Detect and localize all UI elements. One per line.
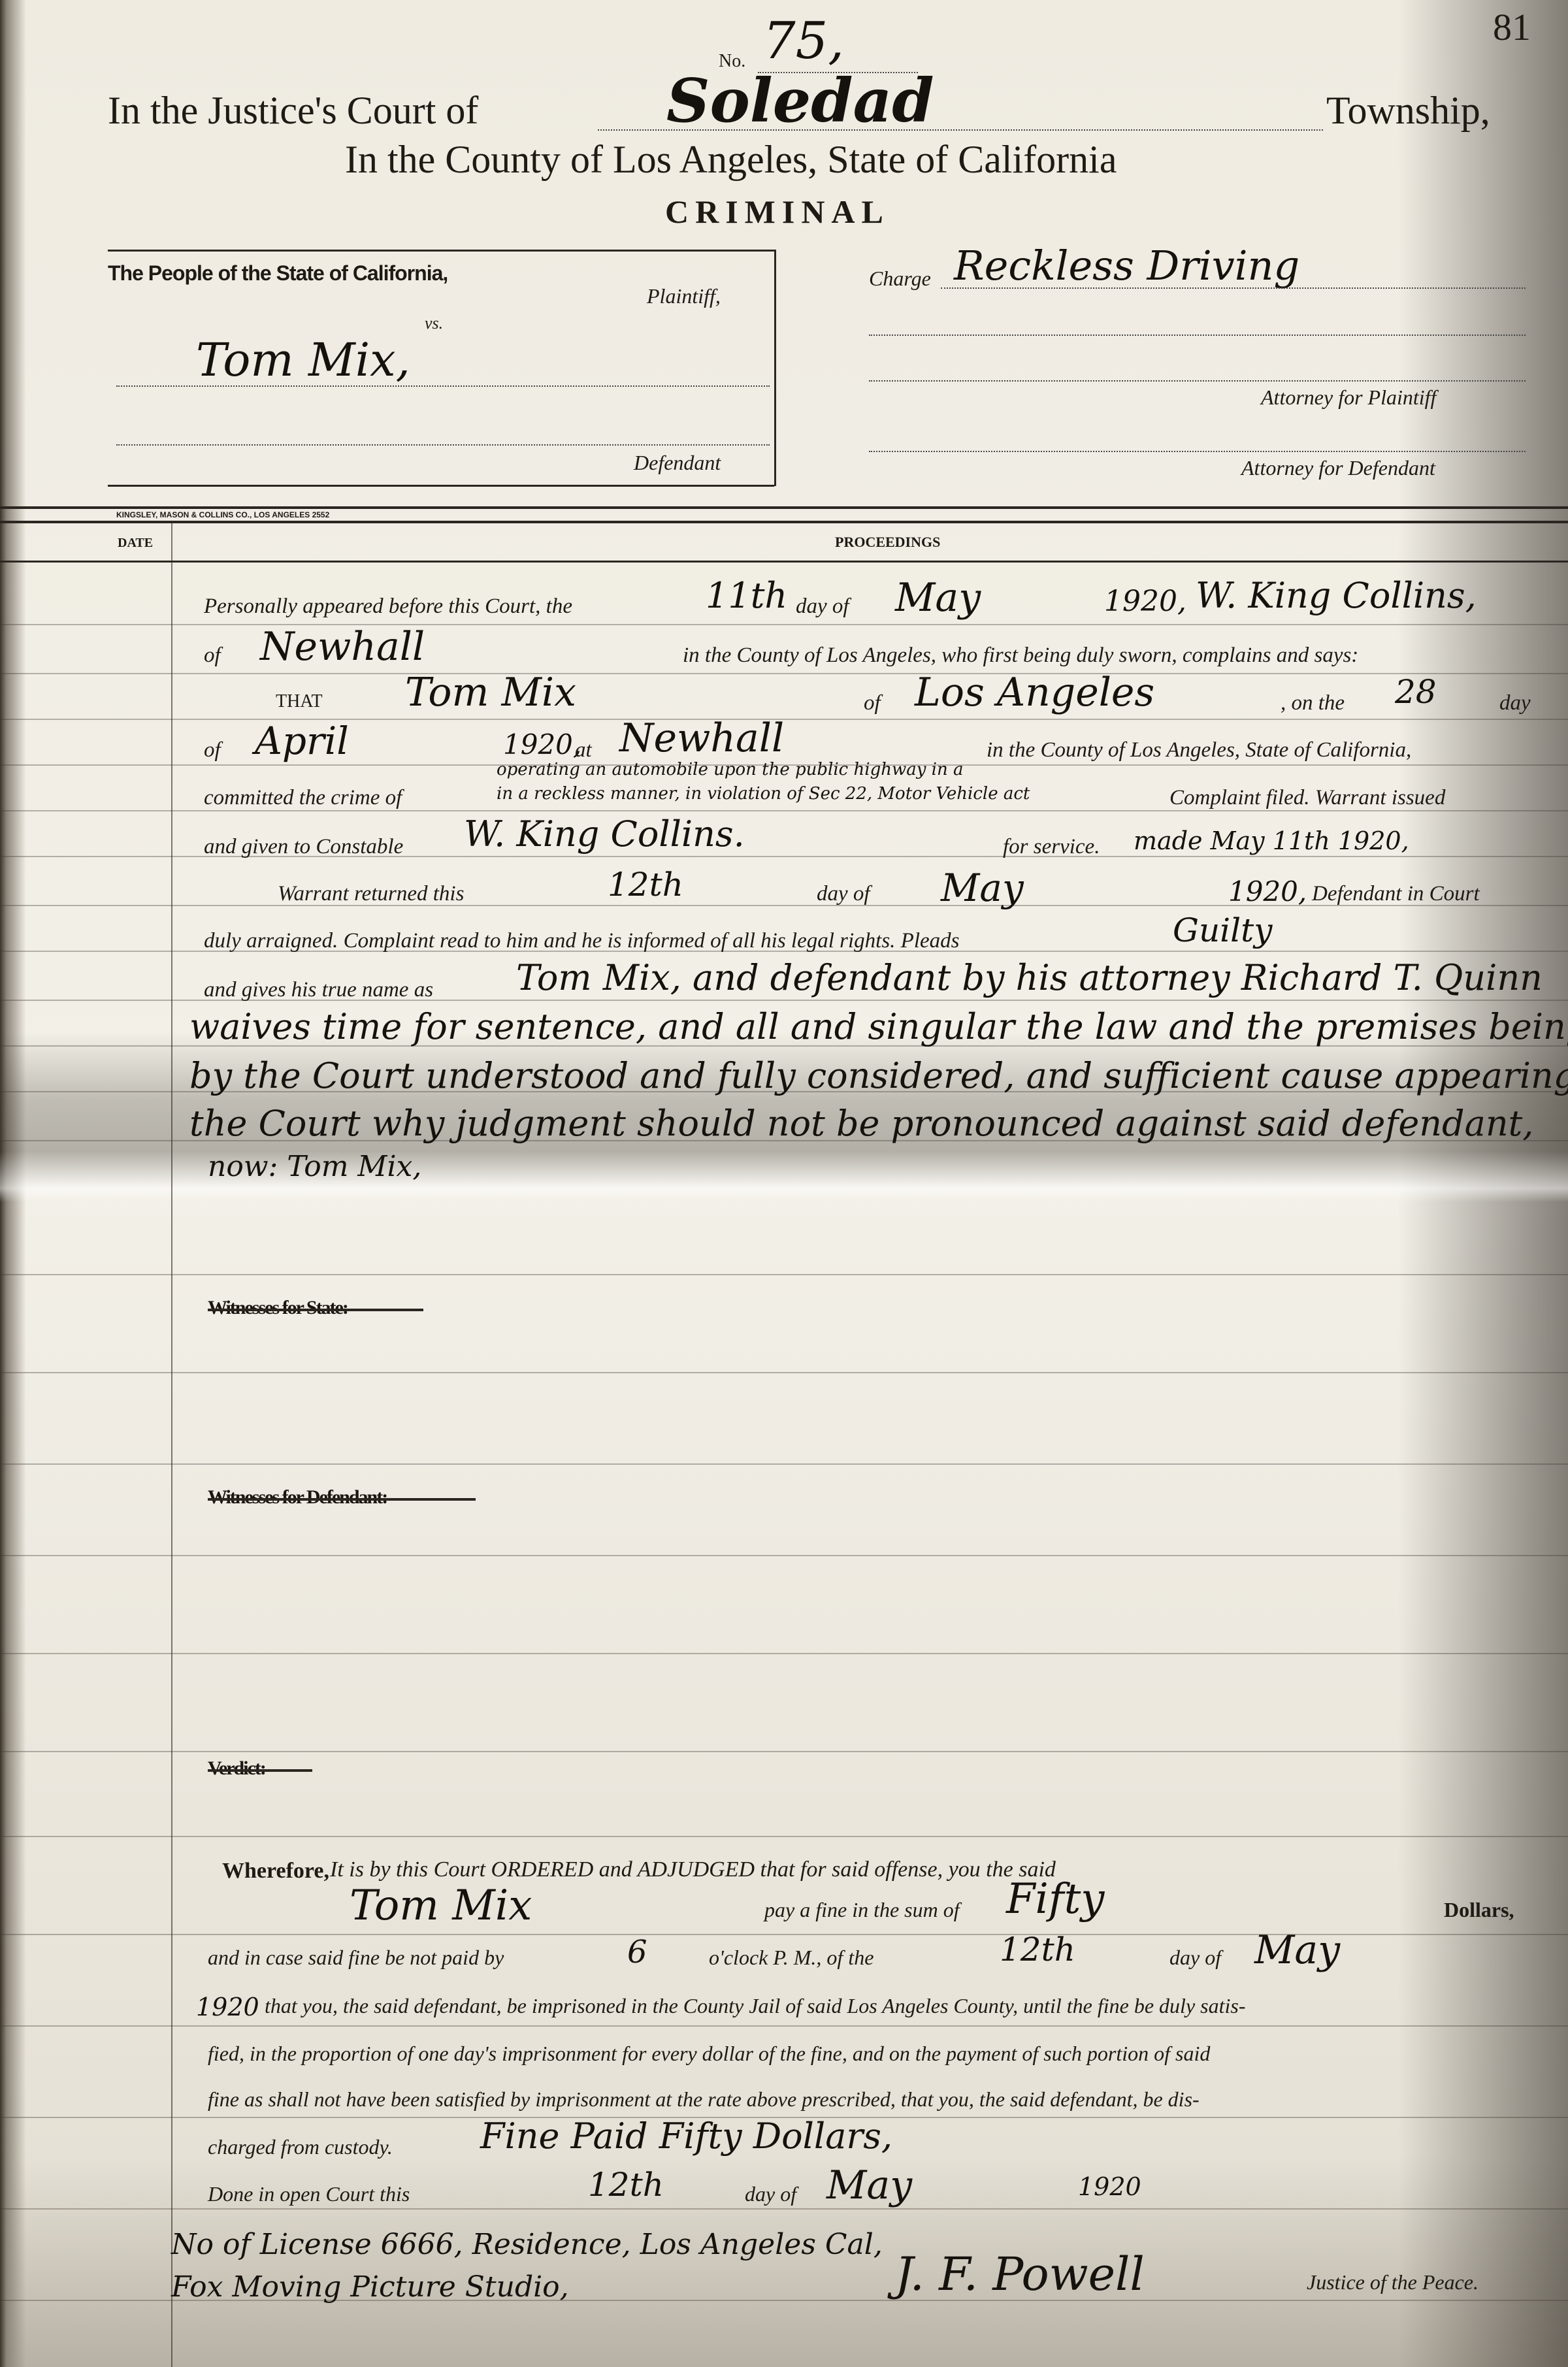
fine-paid-note: Fine Paid Fifty Dollars,: [480, 2115, 892, 2157]
complaint-filed-text: Complaint filed. Warrant issued: [1169, 786, 1445, 810]
proceedings-handwritten-2: waives time for sentence, and all and si…: [189, 1006, 1568, 1047]
box-top-rule: [108, 250, 774, 252]
proceedings-column-header: PROCEEDINGS: [835, 534, 940, 551]
justice-of-peace-label: Justice of the Peace.: [1307, 2270, 1478, 2294]
returned-day: 12th: [608, 866, 683, 904]
service-label: for service.: [1003, 835, 1100, 859]
fine-amount: Fifty: [1006, 1875, 1104, 1923]
crime-description-2: in a reckless manner, in violation of Se…: [497, 784, 1030, 804]
day-of-label-2: day of: [817, 882, 870, 906]
that-label: THAT: [276, 691, 323, 712]
offense-place: Newhall: [619, 715, 784, 761]
plea-value: Guilty: [1173, 911, 1272, 949]
attorney-defendant-line: [869, 451, 1526, 452]
strike-line: [208, 1769, 312, 1772]
charge-line-2: [869, 335, 1526, 336]
license-residence-note: No of License 6666, Residence, Los Angel…: [171, 2228, 883, 2261]
dollars-label: Dollars,: [1444, 1898, 1514, 1922]
of-label-3: of: [204, 738, 221, 762]
service-note: made May 11th 1920,: [1134, 826, 1409, 855]
township-line: [598, 129, 1323, 131]
imprint-top-rule: [0, 506, 1568, 509]
case-number: 75,: [763, 12, 844, 71]
attorney-plaintiff-label: Attorney for Plaintiff: [1261, 385, 1436, 410]
charge-value: Reckless Driving: [954, 242, 1299, 289]
on-the-label: , on the: [1281, 691, 1345, 715]
ruled-line: [0, 1555, 1568, 1556]
accused-residence: Los Angeles: [915, 670, 1154, 715]
true-name-label: and gives his true name as: [204, 978, 433, 1002]
offense-month: April: [255, 719, 349, 763]
offense-day: 28: [1395, 673, 1437, 711]
township-label: Township,: [1326, 88, 1490, 133]
court-docket-page: 81 No. 75, In the Justice's Court of Sol…: [0, 0, 1568, 2367]
appeared-day: 11th: [706, 575, 787, 616]
day-of-label-3: day of: [1169, 1946, 1221, 1970]
ruled-line: [0, 1274, 1568, 1275]
complainant-residence: Newhall: [260, 624, 425, 670]
ruled-line: [0, 1463, 1568, 1465]
imprint-bottom-rule: [0, 521, 1568, 523]
of-label-2: of: [864, 691, 881, 715]
box-right-bracket: [774, 250, 776, 486]
defendant-line-2: [116, 444, 770, 446]
of-label: of: [204, 644, 221, 668]
ruled-line: [0, 810, 1568, 811]
arraigned-text: duly arraigned. Complaint read to him an…: [204, 929, 960, 953]
ruled-line: [0, 1751, 1568, 1752]
fine-label: pay a fine in the sum of: [764, 1898, 960, 1922]
printer-imprint: KINGSLEY, MASON & COLLINS CO., LOS ANGEL…: [116, 510, 329, 519]
proceedings-handwritten-3: by the Court understood and fully consid…: [189, 1055, 1568, 1096]
wherefore-label: Wherefore,: [222, 1859, 329, 1884]
at-label: at: [575, 738, 592, 762]
done-day: 12th: [588, 2166, 664, 2204]
constable-name: W. King Collins.: [464, 813, 745, 855]
defendant-name: Tom Mix,: [196, 333, 410, 387]
judgment-defendant: Tom Mix: [350, 1882, 532, 1930]
done-in-court-label: Done in open Court this: [208, 2182, 410, 2206]
ruled-line: [0, 1836, 1568, 1837]
county-sworn-text: in the County of Los Angeles, who first …: [683, 644, 1358, 668]
oclock-label: o'clock P. M., of the: [709, 1946, 874, 1970]
returned-year: 1920,: [1228, 875, 1307, 907]
county-state-line: In the County of Los Angeles, State of C…: [345, 137, 1117, 182]
proceedings-handwritten-1: Tom Mix, and defendant by his attorney R…: [516, 957, 1543, 998]
charge-line: [941, 287, 1526, 289]
done-month: May: [826, 2163, 912, 2208]
strike-line: [208, 1498, 476, 1501]
due-year: 1920: [196, 1993, 259, 2021]
appeared-year: 1920,: [1104, 585, 1186, 618]
ruled-line: [0, 2025, 1568, 2027]
date-column-header: DATE: [118, 536, 153, 551]
done-year: 1920: [1078, 2172, 1141, 2201]
defendant-label: Defendant: [634, 451, 721, 475]
due-day: 12th: [1000, 1931, 1075, 1968]
offense-year: 1920,: [503, 728, 581, 760]
constable-label: and given to Constable: [204, 835, 403, 859]
ruled-line: [0, 624, 1568, 625]
attorney-defendant-label: Attorney for Defendant: [1241, 456, 1435, 480]
returned-month: May: [941, 866, 1024, 910]
plaintiff-label: Plaintiff,: [647, 284, 721, 308]
case-type-heading: CRIMINAL: [665, 193, 890, 231]
defendant-in-court-text: Defendant in Court: [1312, 882, 1480, 906]
day-label: day: [1499, 691, 1531, 715]
jail-text: that you, the said defendant, be impriso…: [265, 1994, 1245, 2018]
ruled-line: [0, 673, 1568, 674]
employer-note: Fox Moving Picture Studio,: [171, 2270, 569, 2304]
complaint-intro: Personally appeared before this Court, t…: [204, 595, 572, 619]
ruled-line: [0, 2208, 1568, 2210]
struck-witnesses-defendant: Witnesses for Defendant:: [208, 1486, 387, 1509]
ruled-line: [0, 1372, 1568, 1373]
county-state-text: in the County of Los Angeles, State of C…: [987, 738, 1411, 762]
township-name: Soledad: [666, 65, 934, 136]
deadline-hour: 6: [627, 1934, 647, 1970]
case-not-paid-text: and in case said fine be not paid by: [208, 1946, 504, 1970]
warrant-returned-label: Warrant returned this: [278, 882, 464, 906]
discharged-text: charged from custody.: [208, 2135, 393, 2159]
plaintiff-name: The People of the State of California,: [108, 261, 448, 286]
proceedings-handwritten-4: the Court why judgment should not be pro…: [189, 1103, 1533, 1144]
accused-name: Tom Mix: [405, 670, 576, 715]
attorney-plaintiff-line: [869, 380, 1526, 382]
date-column-divider: [171, 523, 172, 2367]
charge-label: Charge: [869, 267, 931, 291]
header-bottom-rule: [0, 561, 1568, 563]
proportion-text: fied, in the proportion of one day's imp…: [208, 2042, 1210, 2066]
defendant-line: [116, 385, 770, 387]
day-of-label-4: day of: [745, 2182, 796, 2206]
crime-label: committed the crime of: [204, 786, 402, 810]
ordered-text: It is by this Court ORDERED and ADJUDGED…: [330, 1857, 1056, 1882]
page-number: 81: [1493, 5, 1531, 49]
day-of-label: day of: [796, 595, 849, 619]
struck-witnesses-state: Witnesses for State:: [208, 1297, 348, 1319]
due-month: May: [1254, 1927, 1340, 1973]
versus-label: vs.: [425, 314, 443, 333]
strike-line: [208, 1309, 423, 1311]
complainant-name: W. King Collins,: [1196, 575, 1477, 616]
struck-verdict: Verdict:: [208, 1757, 265, 1780]
justice-signature: J. F. Powell: [895, 2247, 1145, 2301]
box-bottom-rule: [108, 485, 774, 487]
ruled-line: [0, 1653, 1568, 1654]
court-label: In the Justice's Court of: [108, 88, 478, 133]
crime-description-1: operating an automobile upon the public …: [497, 760, 964, 779]
appeared-month: May: [895, 575, 981, 621]
proceedings-handwritten-5: now: Tom Mix,: [208, 1150, 421, 1183]
satisfied-text: fine as shall not have been satisfied by…: [208, 2087, 1200, 2112]
